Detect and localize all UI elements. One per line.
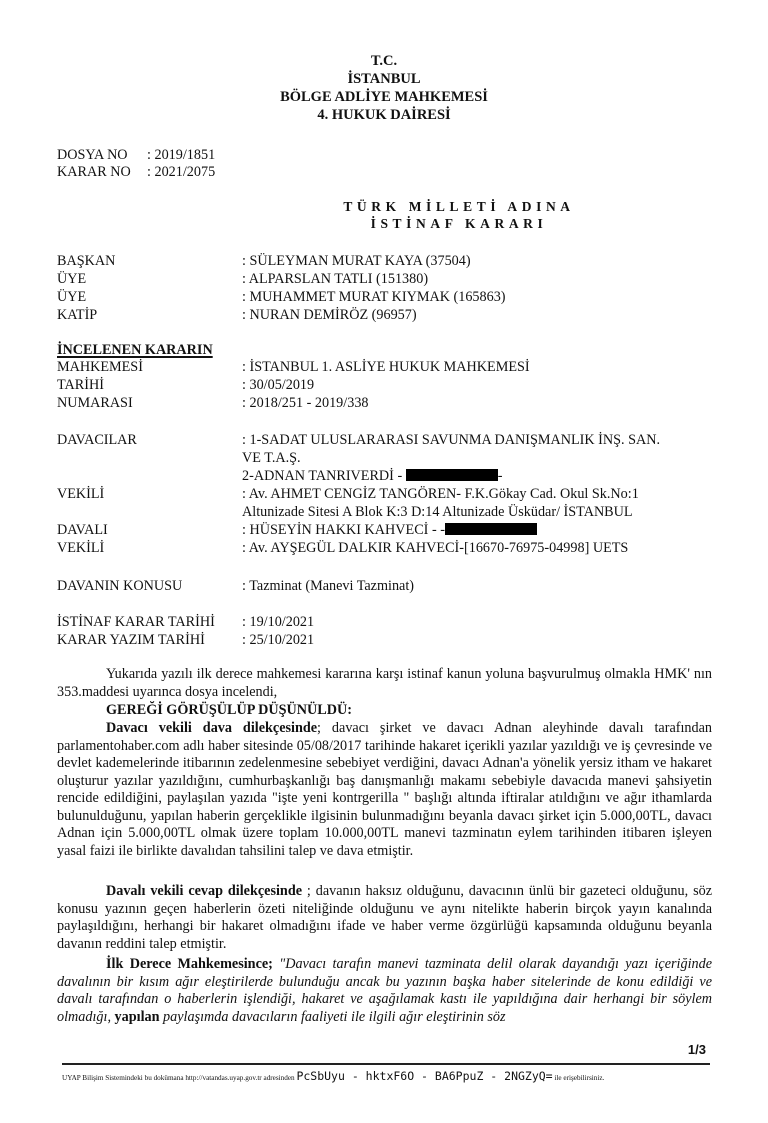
- reviewed-value: : 2018/251 - 2019/338: [242, 395, 369, 413]
- defendant-label: DAVALI: [57, 522, 108, 540]
- karar-no-value: : 2021/2075: [147, 164, 215, 180]
- plaintiff-counsel-address: Altunizade Sitesi A Blok K:3 D:14 Altuni…: [242, 504, 633, 522]
- defendant-counsel: : Av. AYŞEGÜL DALKIR KAHVECİ-[16670-7697…: [242, 540, 628, 558]
- panel-role: ÜYE: [57, 271, 86, 289]
- panel-role: ÜYE: [57, 289, 86, 307]
- plaintiff-petition-paragraph: Davacı vekili dava dilekçesinde; davacı …: [57, 720, 712, 860]
- footer-suffix: ile erişebilirsiniz.: [553, 1074, 605, 1082]
- karar-no-label: KARAR NO: [57, 164, 147, 181]
- plaintiff-2-suffix: -: [498, 468, 503, 484]
- plaintiff-counsel-label: VEKİLİ: [57, 486, 104, 504]
- reviewed-value: : İSTANBUL 1. ASLİYE HUKUK MAHKEMESİ: [242, 359, 530, 377]
- panel-role: BAŞKAN: [57, 253, 115, 271]
- plaintiff-2-name: 2-ADNAN TANRIVERDİ -: [242, 468, 406, 484]
- footer-prefix: UYAP Bilişim Sistemindeki bu dokümana ht…: [62, 1074, 296, 1082]
- reviewed-label: MAHKEMESİ: [57, 359, 143, 377]
- title-line-2: İSTİNAF KARARI: [150, 215, 768, 232]
- appeal-date-label: İSTİNAF KARAR TARİHİ: [57, 614, 215, 632]
- plaintiff-2: 2-ADNAN TANRIVERDİ - -: [242, 468, 502, 486]
- defendant-name: : HÜSEYİN HAKKI KAHVECİ - -: [242, 522, 445, 538]
- defendant-counsel-label: VEKİLİ: [57, 540, 104, 558]
- footer-divider: [62, 1063, 710, 1065]
- karar-no-row: KARAR NO: 2021/2075: [57, 164, 215, 181]
- appeal-date-value: : 19/10/2021: [242, 614, 314, 632]
- writing-date-label: KARAR YAZIM TARİHİ: [57, 632, 205, 650]
- header-tc: T.C.: [0, 52, 768, 70]
- plaintiff-1-cont: VE T.A.Ş.: [242, 450, 301, 468]
- plaintiff-counsel: : Av. AHMET CENGİZ TANGÖREN- F.K.Gökay C…: [242, 486, 639, 504]
- redaction-box: [406, 469, 498, 481]
- reviewed-value: : 30/05/2019: [242, 377, 314, 395]
- header-chamber: 4. HUKUK DAİRESİ: [0, 106, 768, 124]
- header-city: İSTANBUL: [0, 70, 768, 88]
- panel-role: KATİP: [57, 307, 97, 325]
- reviewed-decision-heading: İNCELENEN KARARIN: [57, 342, 213, 359]
- subject-value: : Tazminat (Manevi Tazminat): [242, 578, 414, 596]
- panel-member: : NURAN DEMİRÖZ (96957): [242, 307, 417, 325]
- dosya-no-row: DOSYA NO: 2019/1851: [57, 147, 215, 164]
- panel-member: : ALPARSLAN TATLI (151380): [242, 271, 428, 289]
- defendant: : HÜSEYİN HAKKI KAHVECİ - -: [242, 522, 537, 540]
- panel-member: : SÜLEYMAN MURAT KAYA (37504): [242, 253, 471, 271]
- plaintiff-petition-heading: Davacı vekili dava dilekçesinde: [106, 720, 317, 736]
- page-number: 1/3: [688, 1042, 706, 1057]
- verification-code: PcSbUyu - hktxF6O - BA6PpuZ - 2NGZyQ=: [296, 1069, 552, 1083]
- dosya-no-label: DOSYA NO: [57, 147, 147, 164]
- intro-text: Yukarıda yazılı ilk derece mahkemesi kar…: [57, 666, 712, 700]
- reviewed-label: TARİHİ: [57, 377, 104, 395]
- plaintiff-petition-text: ; davacı şirket ve davacı Adnan aleyhind…: [57, 720, 712, 859]
- writing-date-value: : 25/10/2021: [242, 632, 314, 650]
- gerekce-heading-row: GEREĞİ GÖRÜŞÜLÜP DÜŞÜNÜLDÜ:: [57, 702, 712, 720]
- intro-paragraph: Yukarıda yazılı ilk derece mahkemesi kar…: [57, 666, 712, 701]
- court-header: T.C. İSTANBUL BÖLGE ADLİYE MAHKEMESİ 4. …: [0, 52, 768, 124]
- defendant-answer-paragraph: Davalı vekili cevap dilekçesinde ; davan…: [57, 883, 712, 953]
- plaintiff-1: : 1-SADAT ULUSLARARASI SAVUNMA DANIŞMANL…: [242, 432, 660, 450]
- redaction-box: [445, 523, 537, 535]
- first-instance-quote-cont: paylaşımda davacıların faaliyeti ile ilg…: [160, 1009, 506, 1025]
- gerekce-heading: GEREĞİ GÖRÜŞÜLÜP DÜŞÜNÜLDÜ:: [106, 702, 352, 718]
- panel-member: : MUHAMMET MURAT KIYMAK (165863): [242, 289, 506, 307]
- uyap-footer: UYAP Bilişim Sistemindeki bu dokümana ht…: [62, 1069, 604, 1083]
- dosya-no-value: : 2019/1851: [147, 147, 215, 163]
- defendant-answer-heading: Davalı vekili cevap dilekçesinde: [106, 883, 302, 899]
- subject-label: DAVANIN KONUSU: [57, 578, 182, 596]
- title-line-1: TÜRK MİLLETİ ADINA: [150, 198, 768, 215]
- decision-title: TÜRK MİLLETİ ADINA İSTİNAF KARARI: [0, 198, 768, 232]
- first-instance-paragraph: İlk Derece Mahkemesince; "Davacı tarafın…: [57, 956, 712, 1026]
- first-instance-bold-word: yapılan: [115, 1009, 160, 1025]
- plaintiffs-label: DAVACILAR: [57, 432, 137, 450]
- first-instance-heading: İlk Derece Mahkemesince;: [106, 956, 273, 972]
- reviewed-label: NUMARASI: [57, 395, 133, 413]
- header-court: BÖLGE ADLİYE MAHKEMESİ: [0, 88, 768, 106]
